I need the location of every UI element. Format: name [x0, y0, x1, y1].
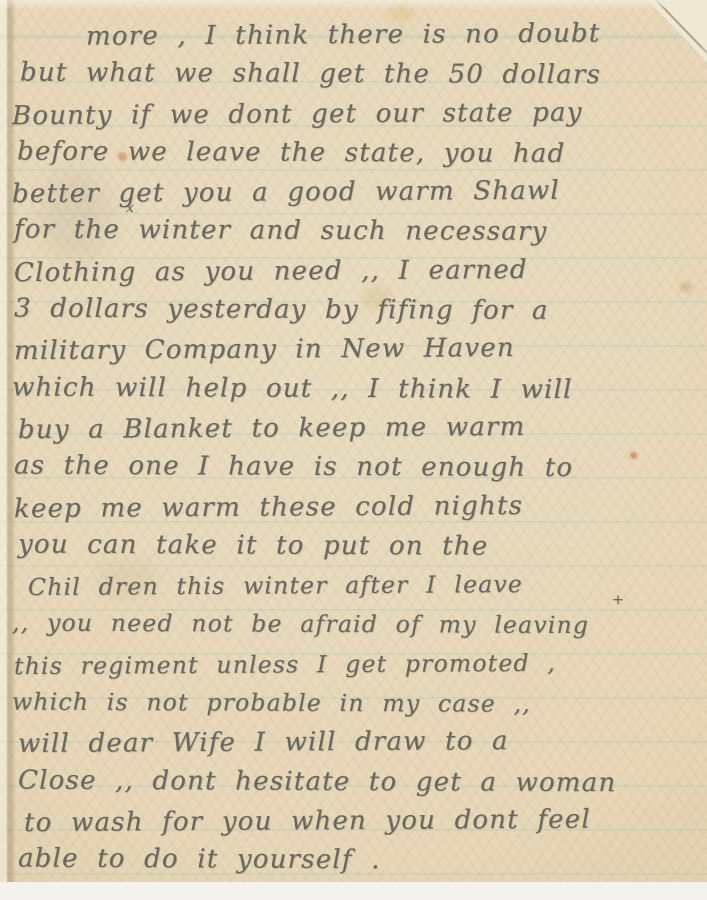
page-edge-top: [0, 0, 707, 10]
letter-line: Bounty if we dont get our state pay: [12, 92, 698, 135]
letter-line: to wash for you when you dont feel: [12, 800, 698, 843]
letter-line: more , I think there is no doubt: [12, 14, 698, 57]
letter-line: Clothing as you need ,, I earned: [12, 250, 698, 293]
letter-body: more , I think there is no doubtbut what…: [12, 16, 698, 881]
letter-line: which will help out ,, I think I will: [12, 368, 698, 410]
insertion-mark-leaving: +: [612, 592, 624, 608]
letter-line: but what we shall get the 50 dollars: [12, 54, 698, 96]
letter-line: keep me warm these cold nights: [12, 485, 698, 528]
letter-line: better get you a good warm Shawl: [12, 171, 698, 214]
letter-line: will dear Wife I will draw to a: [12, 721, 698, 764]
scan-background: more , I think there is no doubtbut what…: [0, 0, 707, 900]
letter-line: able to do it yourself .: [12, 840, 698, 882]
letter-line: Chil dren this winter after I leave: [12, 564, 698, 607]
letter-line: military Company in New Haven: [12, 328, 698, 371]
letter-line: 3 dollars yesterday by fifing for a: [12, 290, 698, 332]
letter-line: Close ,, dont hesitate to get a woman: [12, 761, 698, 803]
letter-line: you can take it to put on the: [12, 525, 698, 567]
insertion-mark-winter: x: [126, 200, 134, 216]
letter-line: before we leave the state, you had: [12, 132, 698, 174]
letter-line: ,, you need not be afraid of my leaving: [12, 604, 698, 646]
letter-line: as the one I have is not enough to: [12, 447, 698, 489]
letter-line: which is not probable in my case ,,: [12, 683, 698, 725]
letter-line: buy a Blanket to keep me warm: [12, 407, 698, 450]
letter-line: this regiment unless I get promoted ,: [12, 643, 698, 686]
letter-page: more , I think there is no doubtbut what…: [0, 0, 707, 882]
letter-line: for the winter and such necessary: [12, 211, 698, 253]
